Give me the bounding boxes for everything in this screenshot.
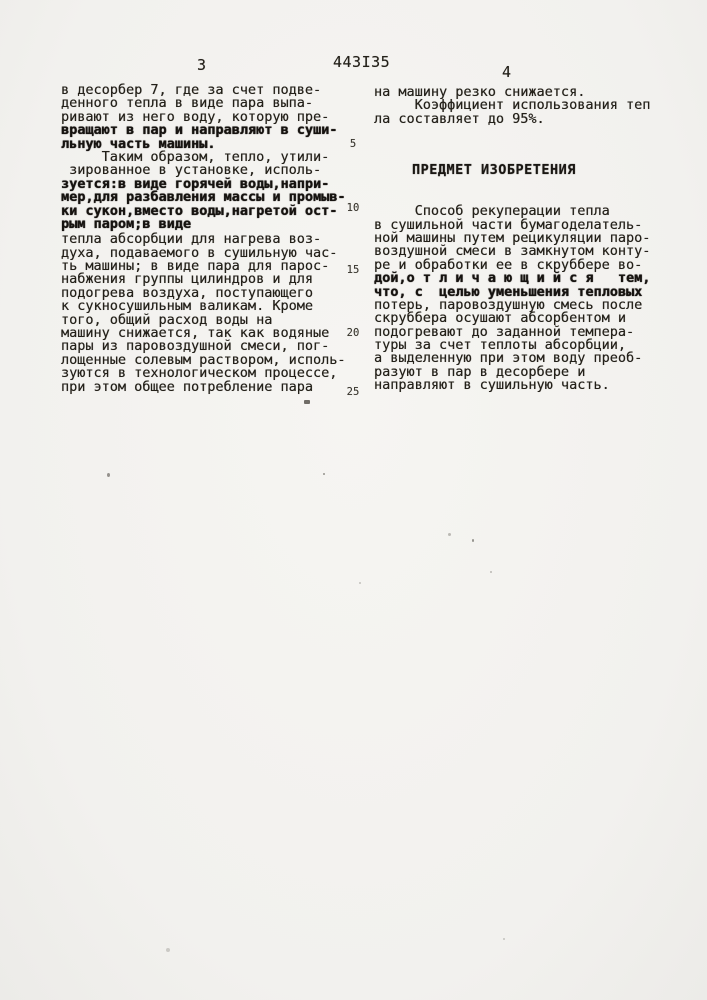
claims-heading: ПРЕДМЕТ ИЗОБРЕТЕНИЯ — [412, 163, 674, 177]
scan-speck — [323, 473, 325, 475]
scan-speck — [472, 539, 474, 542]
page-number-right: 4 — [502, 64, 511, 80]
scan-speck — [107, 473, 110, 477]
scan-speck — [359, 582, 361, 584]
patent-document-page: 3 443I35 4 5 10 15 20 25 в десорбер 7, г… — [0, 0, 707, 1000]
paragraph-intro: на машину резко снижается. Коэффициент и… — [374, 86, 674, 126]
page-number-left: 3 — [197, 57, 206, 73]
patent-number: 443I35 — [333, 54, 390, 70]
paragraph-description-1: в десорбер 7, где за счет подве- денного… — [61, 84, 357, 231]
text-line: рым паром;в виде — [61, 218, 357, 231]
scan-speck — [448, 533, 451, 536]
paragraph-claim: Способ рекуперации тепла в сушильной час… — [374, 205, 674, 392]
scan-speck — [503, 938, 505, 940]
right-column: на машину резко снижается. Коэффициент и… — [374, 86, 674, 393]
scan-speck — [490, 571, 492, 573]
text-line: ла составляет до 95%. — [374, 113, 674, 126]
scan-speck — [166, 948, 170, 952]
left-column: в десорбер 7, где за счет подве- денного… — [61, 84, 357, 394]
scan-speck — [304, 400, 310, 404]
text-line: при этом общее потребление пара — [61, 381, 357, 394]
paragraph-description-2: тепла абсорбции для нагрева воз- духа, п… — [61, 233, 357, 394]
text-line: направляют в сушильную часть. — [374, 379, 674, 392]
